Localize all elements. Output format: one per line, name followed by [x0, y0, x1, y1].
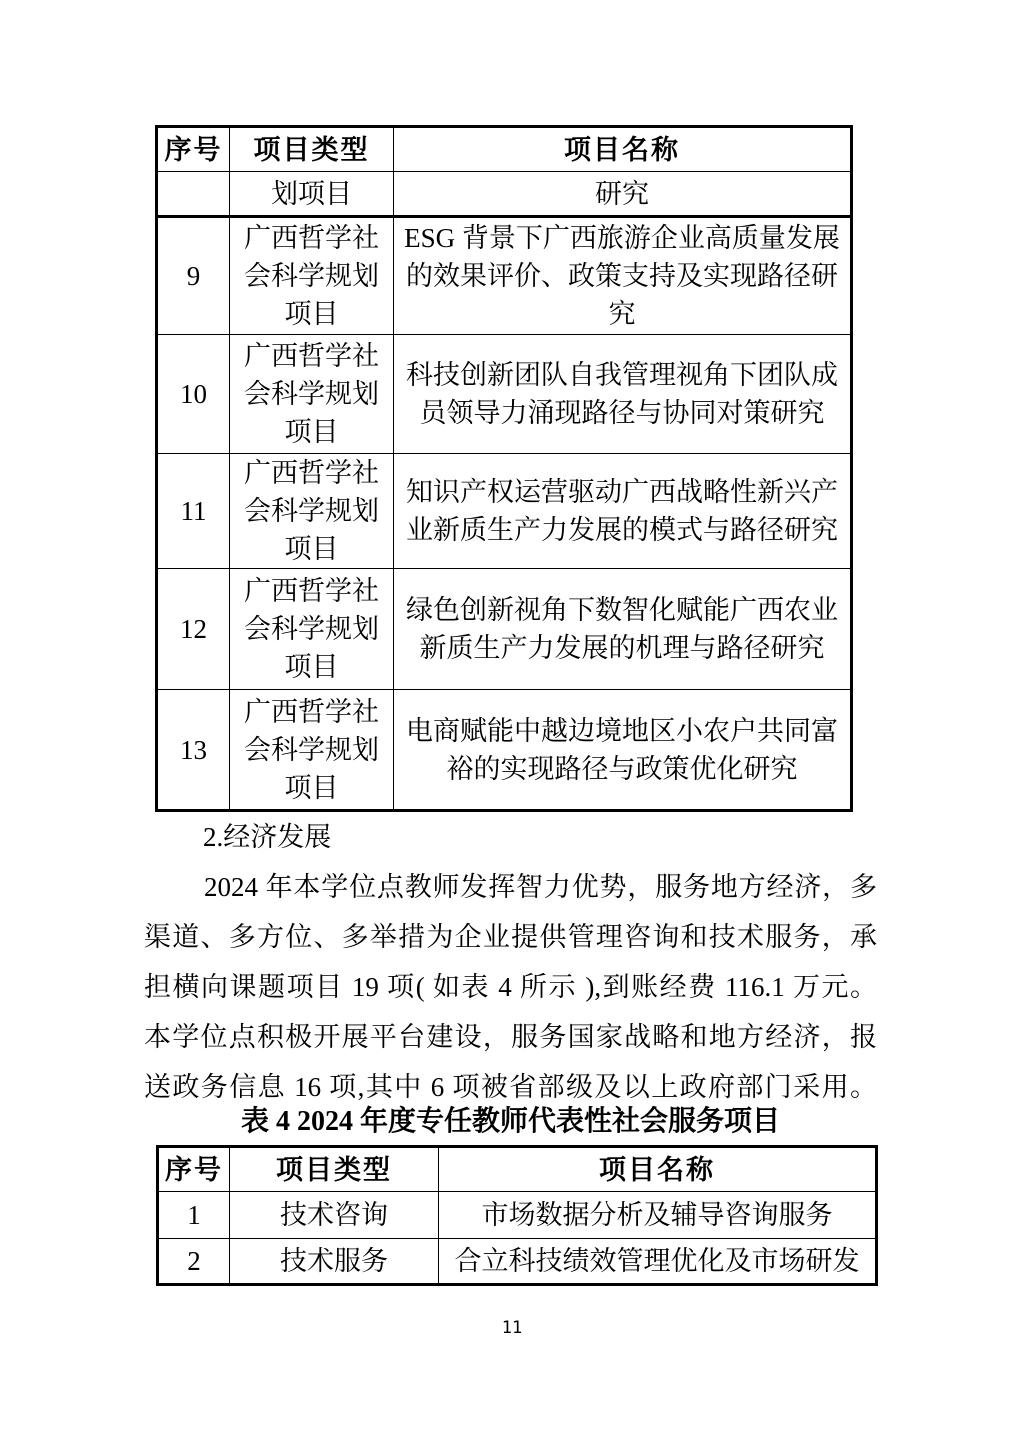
cell-name: 市场数据分析及辅导咨询服务 — [439, 1192, 877, 1239]
table-row: 11 广西哲学社 会科学规划 项目 知识产权运营驱动广西战略性新兴产 业新质生产… — [157, 454, 852, 569]
document-page: 序号 项目类型 项目名称 划项目 研究 9 广西哲学社 会科学规划 项目 ESG… — [0, 0, 1024, 1448]
page-number: 11 — [0, 1318, 1024, 1338]
table-header-row: 序号 项目类型 项目名称 — [157, 127, 852, 172]
cell-name: 研究 — [394, 172, 852, 217]
cell-name: 科技创新团队自我管理视角下团队成 员领导力涌现路径与协同对策研究 — [394, 335, 852, 454]
table-row: 2 技术服务 合立科技绩效管理优化及市场研发 — [158, 1239, 877, 1285]
table-row: 12 广西哲学社 会科学规划 项目 绿色创新视角下数智化赋能广西农业 新质生产力… — [157, 569, 852, 690]
cell-no: 2 — [158, 1239, 230, 1285]
header-cell-name: 项目名称 — [439, 1147, 877, 1192]
header-cell-no: 序号 — [158, 1147, 230, 1192]
section-subtitle: 2.经济发展 — [144, 812, 877, 862]
header-cell-type: 项目类型 — [230, 1147, 439, 1192]
cell-name: 知识产权运营驱动广西战略性新兴产 业新质生产力发展的模式与路径研究 — [394, 454, 852, 569]
table-row: 9 广西哲学社 会科学规划 项目 ESG 背景下广西旅游企业高质量发展 的效果评… — [157, 217, 852, 335]
cell-no — [157, 172, 230, 217]
header-cell-type: 项目类型 — [230, 127, 394, 172]
header-cell-no: 序号 — [157, 127, 230, 172]
cell-no: 10 — [157, 335, 230, 454]
cell-type: 广西哲学社 会科学规划 项目 — [230, 690, 394, 811]
body-line: 2024 年本学位点教师发挥智力优势，服务地方经济，多 — [144, 862, 877, 912]
table-header-row: 序号 项目类型 项目名称 — [158, 1147, 877, 1192]
table-row-continuation: 划项目 研究 — [157, 172, 852, 217]
table-row: 13 广西哲学社 会科学规划 项目 电商赋能中越边境地区小农户共同富 裕的实现路… — [157, 690, 852, 811]
cell-name: 电商赋能中越边境地区小农户共同富 裕的实现路径与政策优化研究 — [394, 690, 852, 811]
cell-name: 合立科技绩效管理优化及市场研发 — [439, 1239, 877, 1285]
body-paragraph: 2.经济发展 2024 年本学位点教师发挥智力优势，服务地方经济，多 渠道、多方… — [144, 812, 877, 1112]
table4-caption: 表 4 2024 年度专任教师代表性社会服务项目 — [144, 1101, 877, 1143]
body-line: 担横向课题项目 19 项( 如表 4 所示 ),到账经费 116.1 万元。 — [144, 962, 877, 1012]
table-row: 1 技术咨询 市场数据分析及辅导咨询服务 — [158, 1192, 877, 1239]
cell-name: ESG 背景下广西旅游企业高质量发展 的效果评价、政策支持及实现路径研 究 — [394, 217, 852, 335]
header-cell-name: 项目名称 — [394, 127, 852, 172]
cell-no: 1 — [158, 1192, 230, 1239]
cell-type: 广西哲学社 会科学规划 项目 — [230, 569, 394, 690]
cell-type: 划项目 — [230, 172, 394, 217]
services-table: 序号 项目类型 项目名称 1 技术咨询 市场数据分析及辅导咨询服务 2 技术服务… — [156, 1145, 878, 1286]
cell-no: 13 — [157, 690, 230, 811]
projects-table: 序号 项目类型 项目名称 划项目 研究 9 广西哲学社 会科学规划 项目 ESG… — [155, 125, 853, 812]
cell-type: 广西哲学社 会科学规划 项目 — [230, 335, 394, 454]
body-line: 本学位点积极开展平台建设，服务国家战略和地方经济，报 — [144, 1012, 877, 1062]
cell-no: 9 — [157, 217, 230, 335]
body-line: 渠道、多方位、多举措为企业提供管理咨询和技术服务，承 — [144, 912, 877, 962]
cell-type: 技术服务 — [230, 1239, 439, 1285]
cell-no: 11 — [157, 454, 230, 569]
table-row: 10 广西哲学社 会科学规划 项目 科技创新团队自我管理视角下团队成 员领导力涌… — [157, 335, 852, 454]
cell-type: 广西哲学社 会科学规划 项目 — [230, 217, 394, 335]
cell-no: 12 — [157, 569, 230, 690]
cell-type: 技术咨询 — [230, 1192, 439, 1239]
cell-name: 绿色创新视角下数智化赋能广西农业 新质生产力发展的机理与路径研究 — [394, 569, 852, 690]
cell-type: 广西哲学社 会科学规划 项目 — [230, 454, 394, 569]
